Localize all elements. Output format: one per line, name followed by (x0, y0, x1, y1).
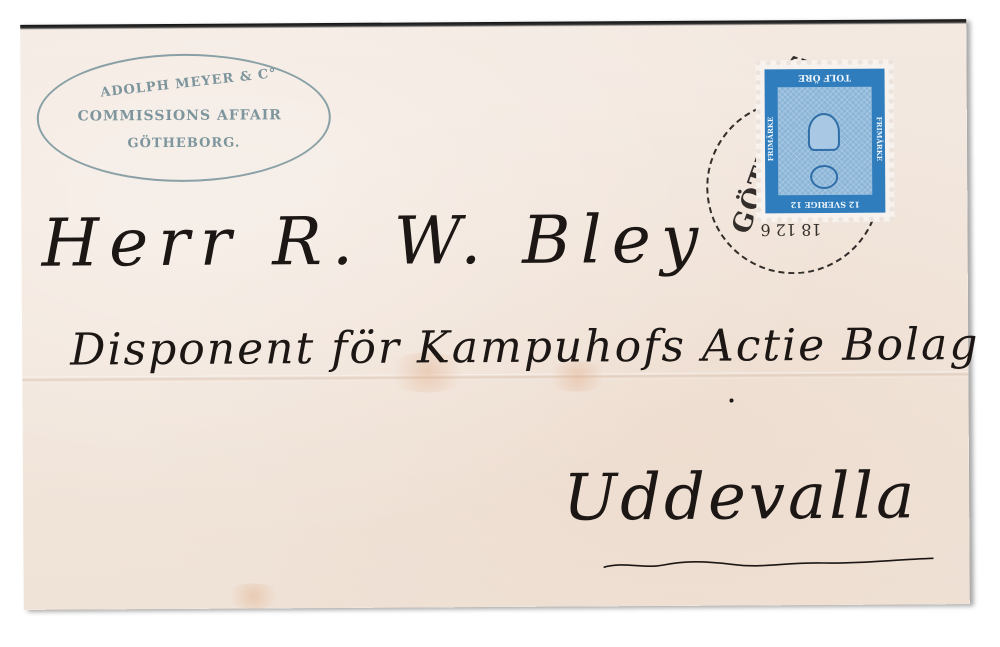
cachet-line-1: ADOLPH MEYER & C° (78, 64, 298, 103)
crown-icon (808, 113, 840, 151)
postmark-date: 18 12 6 (760, 220, 821, 239)
stain (224, 583, 284, 608)
destination-underline (603, 557, 933, 569)
stamp-side-text-left: FRIMÄRKE (766, 87, 779, 191)
stamp-country-text: 12 SVERIGE 12 (765, 200, 885, 211)
cachet-line-2: COMMISSIONS AFFAIR (45, 107, 315, 125)
postage-stamp: TOLF ÖRE FRIMÄRKE FRIMÄRKE 12 SVERIGE 12 (755, 60, 894, 223)
folded-letter: ADOLPH MEYER & C° COMMISSIONS AFFAIR GÖT… (20, 19, 970, 610)
stamp-side-text-right: FRIMÄRKE (872, 87, 885, 191)
orb-icon (810, 165, 838, 189)
stamp-value-text: TOLF ÖRE (765, 72, 885, 83)
stamp-frame: TOLF ÖRE FRIMÄRKE FRIMÄRKE 12 SVERIGE 12 (765, 69, 886, 214)
cachet-line-3: GÖTHEBORG. (79, 135, 289, 151)
sender-cachet: ADOLPH MEYER & C° COMMISSIONS AFFAIR GÖT… (36, 53, 331, 183)
stamp-center-field (778, 87, 873, 196)
address-recipient: Herr R. W. Bley (41, 201, 708, 282)
ink-dot (730, 399, 734, 403)
letter-top-edge (20, 19, 966, 30)
address-title: Disponent för Kampuhofs Actie Bolag (70, 319, 980, 376)
address-destination: Uddevalla (563, 459, 918, 535)
